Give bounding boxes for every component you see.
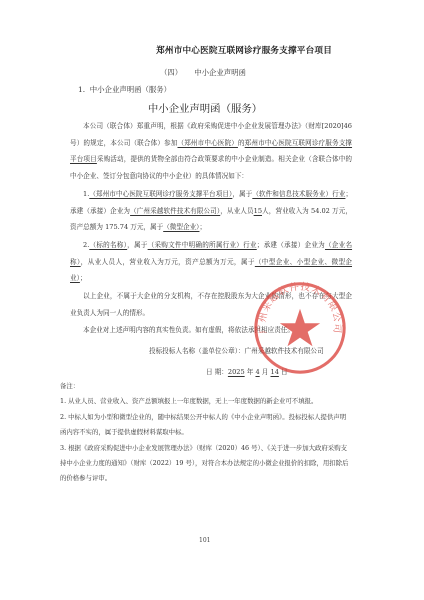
section-heading: （四）中小企业声明函 [160,67,246,78]
note-item: 2. 中标人如为小型和微型企业的，随中标结果公开中标人的《中小企业声明函》。投标… [60,410,352,441]
signature-label: 投标投标人名称（盖单位公章）： [149,347,245,355]
date-month: 4 [255,368,259,376]
item-2-industry: （采购文件中明确的所属行业）行业 [148,241,257,249]
item-1-staff: 15 [254,207,262,215]
date-year: 2025 [228,368,245,376]
date-day: 14 [271,368,279,376]
signature-company: 广州采越软件技术有限公司 [245,347,324,355]
item-1-size: （微型企业） [163,223,199,231]
note-item: 3. 根据《政府采购促进中小企业发展管理办法》（财库（2020）46 号）、《关… [60,441,352,487]
buyer-name: （郑州市中心医院） [177,139,237,147]
project-header: 郑州市中心医院互联网诊疗服务支撑平台项目 [156,44,332,56]
intro-paragraph: 本公司（联合体）郑重声明，根据《政府采购促进中小企业发展管理办法》（财库[202… [70,118,352,184]
item-2-name: （标的名称） [89,241,127,249]
signature-line: 投标投标人名称（盖单位公章）：广州采越软件技术有限公司 [149,345,324,355]
subsection-heading: 1. 中小企业声明函（服务） [78,84,171,95]
enterprise-item-1: 1.（郑州市中心医院互联网诊疗服务支撑平台项目），属于（软件和信息技术服务业）行… [70,186,352,236]
date-line: 日 期：2025 年 4 月 14 日 [206,366,288,376]
subsection-number: 1. [78,85,85,94]
document-page: 郑州市中心医院互联网诊疗服务支撑平台项目 （四）中小企业声明函 1. 中小企业声… [0,0,424,600]
subsection-title: 中小企业声明函（服务） [90,85,171,94]
item-1-company: （广州采越软件技术有限公司） [130,207,220,215]
notes-section: 备注： 1. 从业人员、营业收入、资产总额填报上一年度数据，无上一年度数据的新企… [60,379,352,487]
note-item: 1. 从业人员、营业收入、资产总额填报上一年度数据，无上一年度数据的新企业可不填… [60,394,352,409]
statement-non-large: 以上企业，不属于大企业的分支机构，不存在控股股东为大企业的情形，也不存在与大型企… [70,288,352,321]
item-1-name: （郑州市中心医院互联网诊疗服务支撑平台项目） [89,190,232,198]
notes-heading: 备注： [60,379,352,394]
statement-truthfulness: 本企业对上述声明内容的真实性负责。如有虚假，将依法承担相应责任。 [70,322,352,339]
item-1-industry: （软件和信息技术服务业） [252,190,332,198]
section-title: 中小企业声明函 [194,68,246,77]
page-number: 101 [199,537,210,544]
enterprise-item-2: 2.（标的名称），属于（采购文件中明确的所属行业）行业；承建（承接）企业为（企业… [70,237,352,287]
document-title: 中小企业声明函（服务） [0,100,424,115]
section-number: （四） [160,68,182,77]
